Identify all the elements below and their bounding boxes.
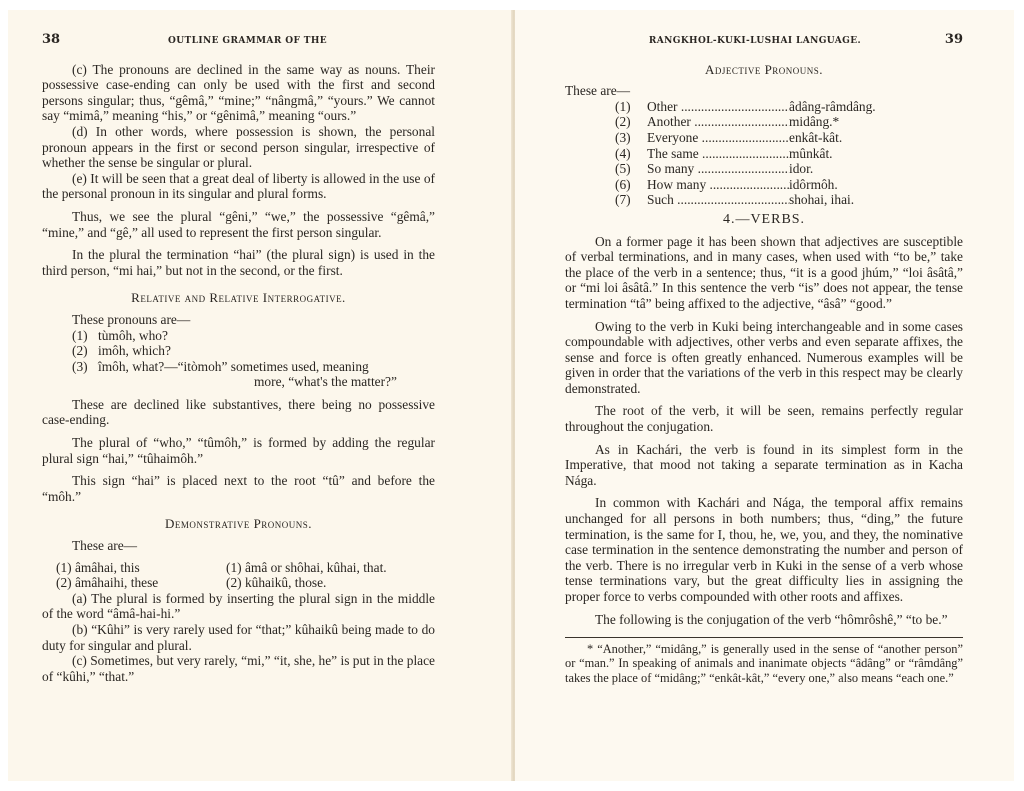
- list-item: (2) âmâhaihi, these: [56, 575, 226, 591]
- section-heading-adjective: Adjective Pronouns.: [565, 62, 963, 78]
- footnote: * “Another,” “midâng,” is generally used…: [565, 642, 963, 685]
- page-39: RANGKHOL-KUKI-LUSHAI LANGUAGE. 39 Adject…: [515, 10, 1014, 781]
- list-item: (2)Anothermidâng.*: [615, 114, 963, 130]
- page-number: 38: [42, 32, 60, 48]
- list-item: (1)tùmôh, who?: [72, 328, 435, 344]
- book-spread: 38 OUTLINE GRAMMAR OF THE (c) The pronou…: [8, 10, 1014, 781]
- paragraph: (c) Sometimes, but very rarely, “mi,” “i…: [42, 653, 435, 684]
- paragraph: Owing to the verb in Kuki being intercha…: [565, 319, 963, 397]
- running-head-left: 38 OUTLINE GRAMMAR OF THE: [42, 32, 435, 50]
- paragraph: This sign “hai” is placed next to the ro…: [42, 473, 435, 504]
- paragraph: (d) In other words, where possession is …: [42, 124, 435, 171]
- paragraph: (e) It will be seen that a great deal of…: [42, 171, 435, 202]
- list-item: (7)Suchshohai, ihai.: [615, 192, 963, 208]
- list-item: (3)Everyoneenkât-kât.: [615, 130, 963, 146]
- list-intro: These are—: [42, 538, 435, 554]
- paragraph: On a former page it has been shown that …: [565, 234, 963, 312]
- section-heading-verbs: 4.—VERBS.: [565, 212, 963, 228]
- adjective-pronoun-list: (1)Otherâdâng-râmdâng. (2)Anothermidâng.…: [615, 99, 963, 208]
- list-item-continuation: more, “what's the matter?”: [72, 374, 435, 390]
- page-38-body: 38 OUTLINE GRAMMAR OF THE (c) The pronou…: [42, 32, 435, 684]
- relative-pronoun-list: (1)tùmôh, who? (2)imôh, which? (3)îmôh, …: [72, 328, 435, 390]
- paragraph: The root of the verb, it will be seen, r…: [565, 403, 963, 434]
- list-item: (4)The samemûnkât.: [615, 146, 963, 162]
- running-title: OUTLINE GRAMMAR OF THE: [60, 34, 435, 50]
- footnote-divider: [565, 637, 963, 638]
- demonstrative-list: (1) âmâhai, this (1) âmâ or shôhai, kûha…: [56, 560, 435, 591]
- paragraph: In the plural the termination “hai” (the…: [42, 247, 435, 278]
- section-heading-demonstrative: Demonstrative Pronouns.: [42, 516, 435, 532]
- list-item: (2)imôh, which?: [72, 343, 435, 359]
- list-item: (1) âmâhai, this: [56, 560, 226, 576]
- paragraph: (c) The pronouns are declined in the sam…: [42, 62, 435, 124]
- running-head-right: RANGKHOL-KUKI-LUSHAI LANGUAGE. 39: [565, 32, 963, 50]
- list-intro: These are—: [565, 83, 963, 99]
- page-number: 39: [945, 32, 963, 48]
- paragraph: (a) The plural is formed by inserting th…: [42, 591, 435, 622]
- paragraph: The following is the conjugation of the …: [565, 612, 963, 628]
- list-item: (1)Otherâdâng-râmdâng.: [615, 99, 963, 115]
- paragraph: The plural of “who,” “tûmôh,” is formed …: [42, 435, 435, 466]
- list-item: (1) âmâ or shôhai, kûhai, that.: [226, 560, 435, 576]
- paragraph: (b) “Kûhi” is very rarely used for “that…: [42, 622, 435, 653]
- section-heading-relative: Relative and Relative Interrogative.: [42, 290, 435, 306]
- paragraph: In common with Kachári and Nága, the tem…: [565, 495, 963, 604]
- paragraph: Thus, we see the plural “gêni,” “we,” th…: [42, 209, 435, 240]
- paragraph: As in Kachári, the verb is found in its …: [565, 442, 963, 489]
- list-item: (2) kûhaikû, those.: [226, 575, 435, 591]
- running-title: RANGKHOL-KUKI-LUSHAI LANGUAGE.: [565, 34, 945, 50]
- list-item: (5)So manyidor.: [615, 161, 963, 177]
- paragraph: These are declined like substantives, th…: [42, 397, 435, 428]
- list-item: (6)How manyidôrmôh.: [615, 177, 963, 193]
- page-39-body: RANGKHOL-KUKI-LUSHAI LANGUAGE. 39 Adject…: [565, 32, 963, 685]
- list-item: (3)îmôh, what?—“itòmoh” sometimes used, …: [72, 359, 435, 375]
- page-38: 38 OUTLINE GRAMMAR OF THE (c) The pronou…: [8, 10, 513, 781]
- list-intro: These pronouns are—: [42, 312, 435, 328]
